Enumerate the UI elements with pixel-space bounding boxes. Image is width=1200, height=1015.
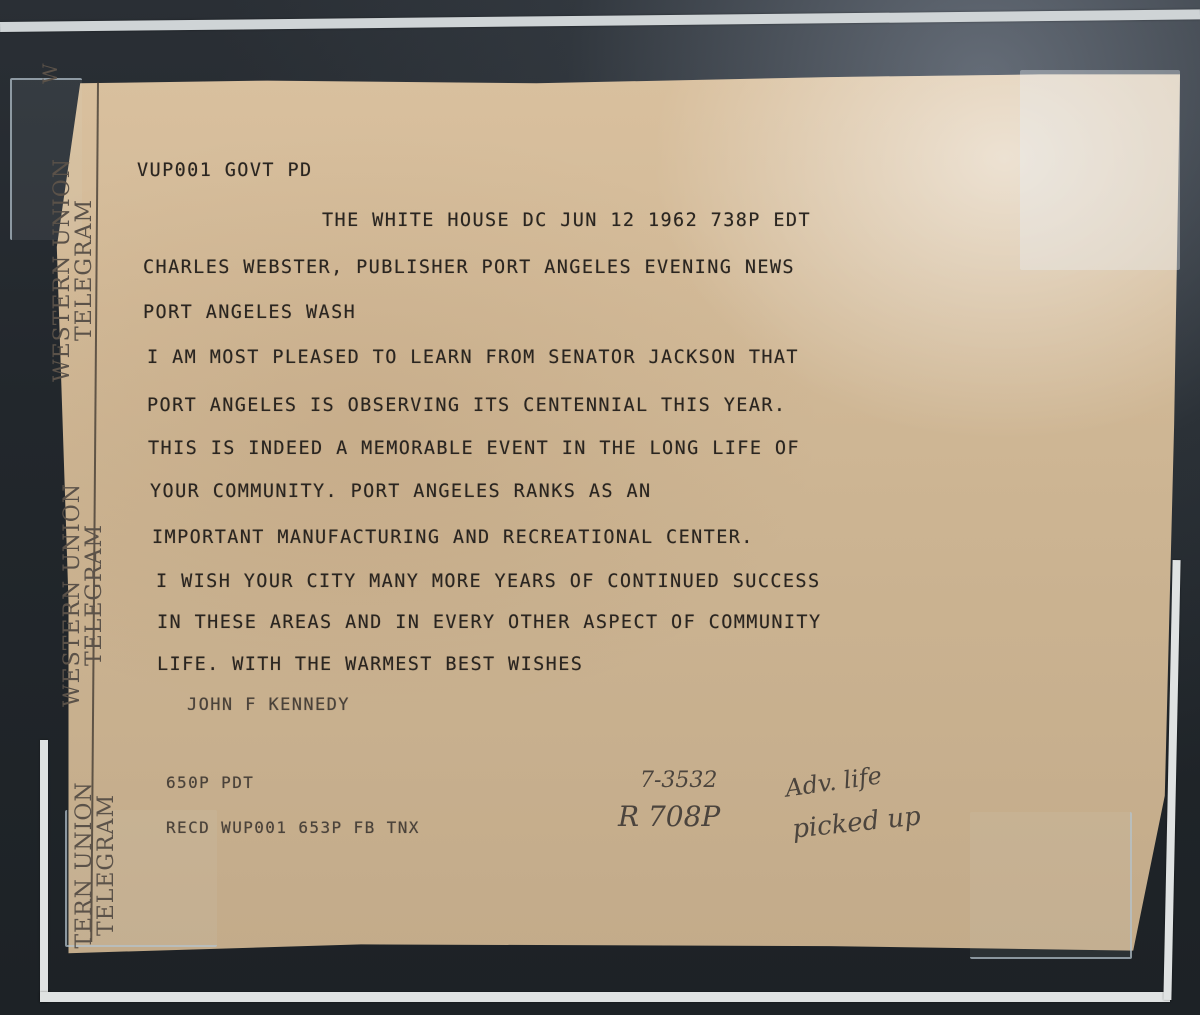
- message-line: I AM MOST PLEASED TO LEARN FROM SENATOR …: [147, 347, 799, 368]
- brand-line-1: WESTERN UNION: [62, 475, 84, 715]
- message-line: IN THESE AREAS AND IN EVERY OTHER ASPECT…: [157, 612, 822, 633]
- message-line: LIFE. WITH THE WARMEST BEST WISHES: [157, 654, 583, 675]
- letterhead-brand-fragment: TERN UNION TELEGRAM: [74, 770, 118, 960]
- footer-received: RECD WUP001 653P FB TNX: [166, 818, 420, 837]
- letterhead-brand: WESTERN UNION TELEGRAM: [62, 475, 106, 715]
- brand-line-1: TERN UNION: [74, 770, 96, 960]
- message-line: YOUR COMMUNITY. PORT ANGELES RANKS AS AN: [150, 481, 652, 502]
- brand-line-2: TELEGRAM: [96, 770, 118, 960]
- message-line: I WISH YOUR CITY MANY MORE YEARS OF CONT…: [156, 571, 821, 592]
- letterhead-brand: WESTERN UNION TELEGRAM: [52, 140, 96, 400]
- message-line: THIS IS INDEED A MEMORABLE EVENT IN THE …: [148, 438, 800, 459]
- mat-border-bottom: [40, 992, 1170, 1002]
- brand-line-2: TELEGRAM: [74, 140, 96, 400]
- brand-line-1: WESTERN UNION: [52, 140, 74, 400]
- handwritten-received: R 708P: [618, 800, 720, 833]
- addressee-name: CHARLES WEBSTER, PUBLISHER PORT ANGELES …: [143, 257, 795, 278]
- message-line: PORT ANGELES IS OBSERVING ITS CENTENNIAL…: [147, 395, 786, 416]
- signature: JOHN F KENNEDY: [187, 695, 350, 715]
- protective-sleeve-corner: [1020, 70, 1180, 270]
- handwritten-number: 7-3532: [640, 768, 717, 793]
- mat-border-left: [40, 740, 48, 1002]
- brand-line-2: TELEGRAM: [84, 475, 106, 715]
- telegram-code: VUP001 GOVT PD: [137, 160, 313, 181]
- telegram-origin: THE WHITE HOUSE DC JUN 12 1962 738P EDT: [322, 210, 811, 231]
- message-line: IMPORTANT MANUFACTURING AND RECREATIONAL…: [152, 527, 754, 548]
- addressee-city: PORT ANGELES WASH: [143, 302, 356, 323]
- mounting-corner-bottom-right: [970, 812, 1132, 959]
- footer-time: 650P PDT: [166, 773, 254, 792]
- letterhead-fragment-top: W: [38, 63, 62, 84]
